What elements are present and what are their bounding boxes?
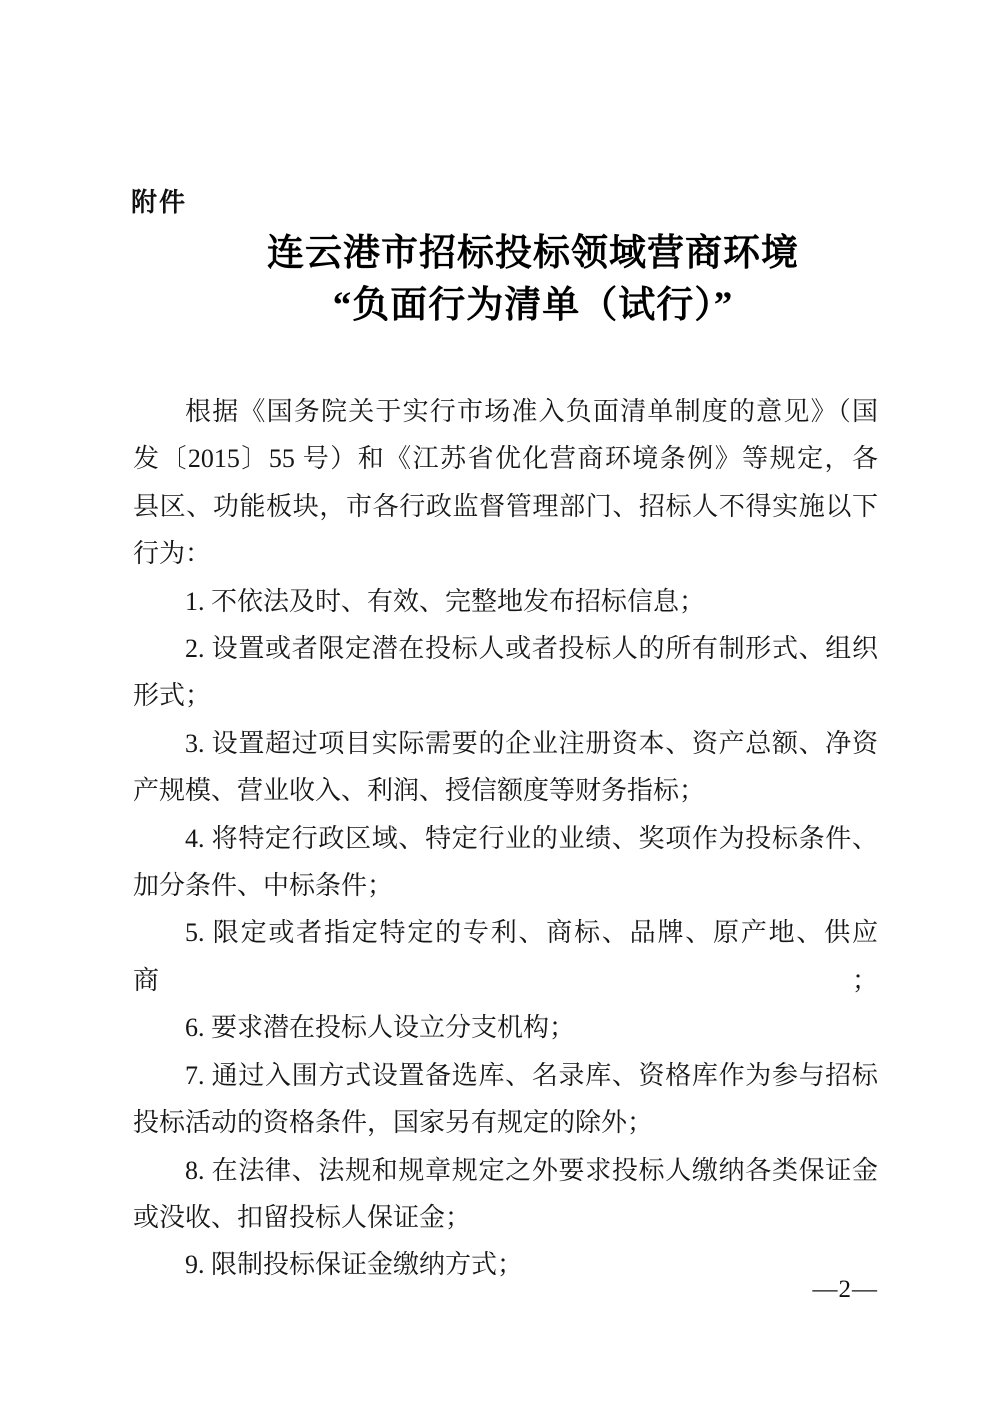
document-body: 根据《国务院关于实行市场准入负面清单制度的意见》（国发〔2015〕55 号）和《… [133, 388, 878, 1289]
body-line: 形式； [133, 672, 878, 719]
body-line: 县区、功能板块，市各行政监督管理部门、招标人不得实施以下 [133, 483, 878, 530]
body-line: 5. 限定或者指定特定的专利、商标、品牌、原产地、供应商； [133, 909, 878, 1004]
body-line: 9. 限制投标保证金缴纳方式； [133, 1241, 878, 1288]
page-number: —2— [813, 1276, 879, 1304]
attachment-label: 附件 [131, 182, 187, 219]
body-line: 6. 要求潜在投标人设立分支机构； [133, 1004, 878, 1051]
document-page: 附件 连云港市招标投标领域营商环境 “负面行为清单（试行）” 根据《国务院关于实… [0, 0, 1000, 1414]
body-line: 产规模、营业收入、利润、授信额度等财务指标； [133, 767, 878, 814]
document-title: 连云港市招标投标领域营商环境 “负面行为清单（试行）” [133, 228, 933, 332]
body-line: 2. 设置或者限定潜在投标人或者投标人的所有制形式、组织 [133, 625, 878, 672]
body-line: 或没收、扣留投标人保证金； [133, 1194, 878, 1241]
body-line: 行为： [133, 530, 878, 577]
title-line-2: “负面行为清单（试行）” [133, 280, 933, 332]
body-line: 根据《国务院关于实行市场准入负面清单制度的意见》（国 [133, 388, 878, 435]
body-line: 发〔2015〕55 号）和《江苏省优化营商环境条例》等规定，各 [133, 435, 878, 482]
body-line: 投标活动的资格条件，国家另有规定的除外； [133, 1099, 878, 1146]
body-line: 3. 设置超过项目实际需要的企业注册资本、资产总额、净资 [133, 720, 878, 767]
body-line: 加分条件、中标条件； [133, 862, 878, 909]
body-line: 1. 不依法及时、有效、完整地发布招标信息； [133, 578, 878, 625]
body-line: 4. 将特定行政区域、特定行业的业绩、奖项作为投标条件、 [133, 815, 878, 862]
body-line: 7. 通过入围方式设置备选库、名录库、资格库作为参与招标 [133, 1052, 878, 1099]
title-line-1: 连云港市招标投标领域营商环境 [133, 228, 933, 280]
body-line: 8. 在法律、法规和规章规定之外要求投标人缴纳各类保证金 [133, 1147, 878, 1194]
